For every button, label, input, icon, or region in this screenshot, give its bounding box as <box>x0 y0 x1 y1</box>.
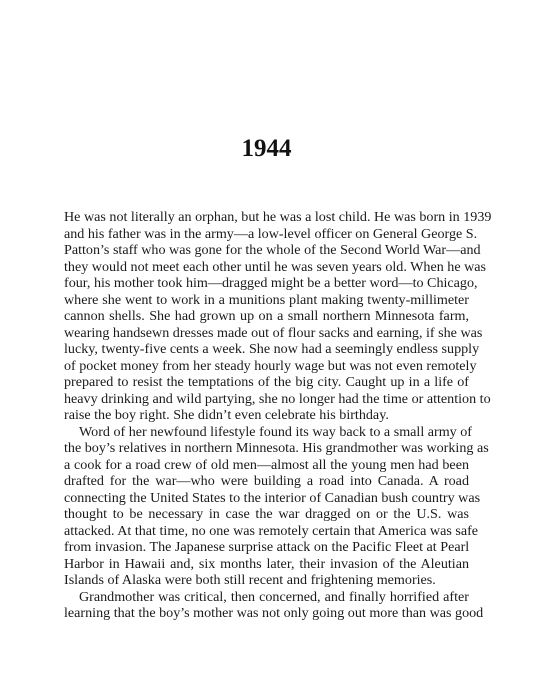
text-line: wearing handsewn dresses made out of flo… <box>64 325 469 342</box>
text-line: where she went to work in a munitions pl… <box>64 292 469 309</box>
chapter-title: 1944 <box>0 133 533 165</box>
text-line: of pocket money from her steady hourly w… <box>64 358 469 375</box>
book-page: 1944 He was not literally an orphan, but… <box>0 0 533 694</box>
text-line: learning that the boy’s mother was not o… <box>64 605 469 622</box>
text-line: raise the boy right. She didn’t even cel… <box>64 407 469 424</box>
text-line: He was not literally an orphan, but he w… <box>64 209 469 226</box>
text-line: Word of her newfound lifestyle found its… <box>64 424 469 441</box>
text-line: Grandmother was critical, then concerned… <box>64 589 469 606</box>
text-line: connecting the United States to the inte… <box>64 490 469 507</box>
text-line: Islands of Alaska were both still recent… <box>64 572 469 589</box>
text-line: the boy’s relatives in northern Minnesot… <box>64 440 469 457</box>
text-line: thought to be necessary in case the war … <box>64 506 469 523</box>
text-line: attacked. At that time, no one was remot… <box>64 523 469 540</box>
paragraph-2: Word of her newfound lifestyle found its… <box>64 424 469 589</box>
text-line: from invasion. The Japanese surprise att… <box>64 539 469 556</box>
text-line: a cook for a road crew of old men—almost… <box>64 457 469 474</box>
text-line: Harbor in Hawaii and, six months later, … <box>64 556 469 573</box>
text-line: drafted for the war—who were building a … <box>64 473 469 490</box>
text-line: they would not meet each other until he … <box>64 259 469 276</box>
text-line: cannon shells. She had grown up on a sma… <box>64 308 469 325</box>
text-line: prepared to resist the temptations of th… <box>64 374 469 391</box>
body-text: He was not literally an orphan, but he w… <box>64 209 469 622</box>
paragraph-3: Grandmother was critical, then concerned… <box>64 589 469 622</box>
text-line: Patton’s staff who was gone for the whol… <box>64 242 469 259</box>
text-line: four, his mother took him—dragged might … <box>64 275 469 292</box>
text-line: and his father was in the army—a low-lev… <box>64 226 469 243</box>
text-line: heavy drinking and wild partying, she no… <box>64 391 469 408</box>
text-line: lucky, twenty-five cents a week. She now… <box>64 341 469 358</box>
paragraph-1: He was not literally an orphan, but he w… <box>64 209 469 424</box>
